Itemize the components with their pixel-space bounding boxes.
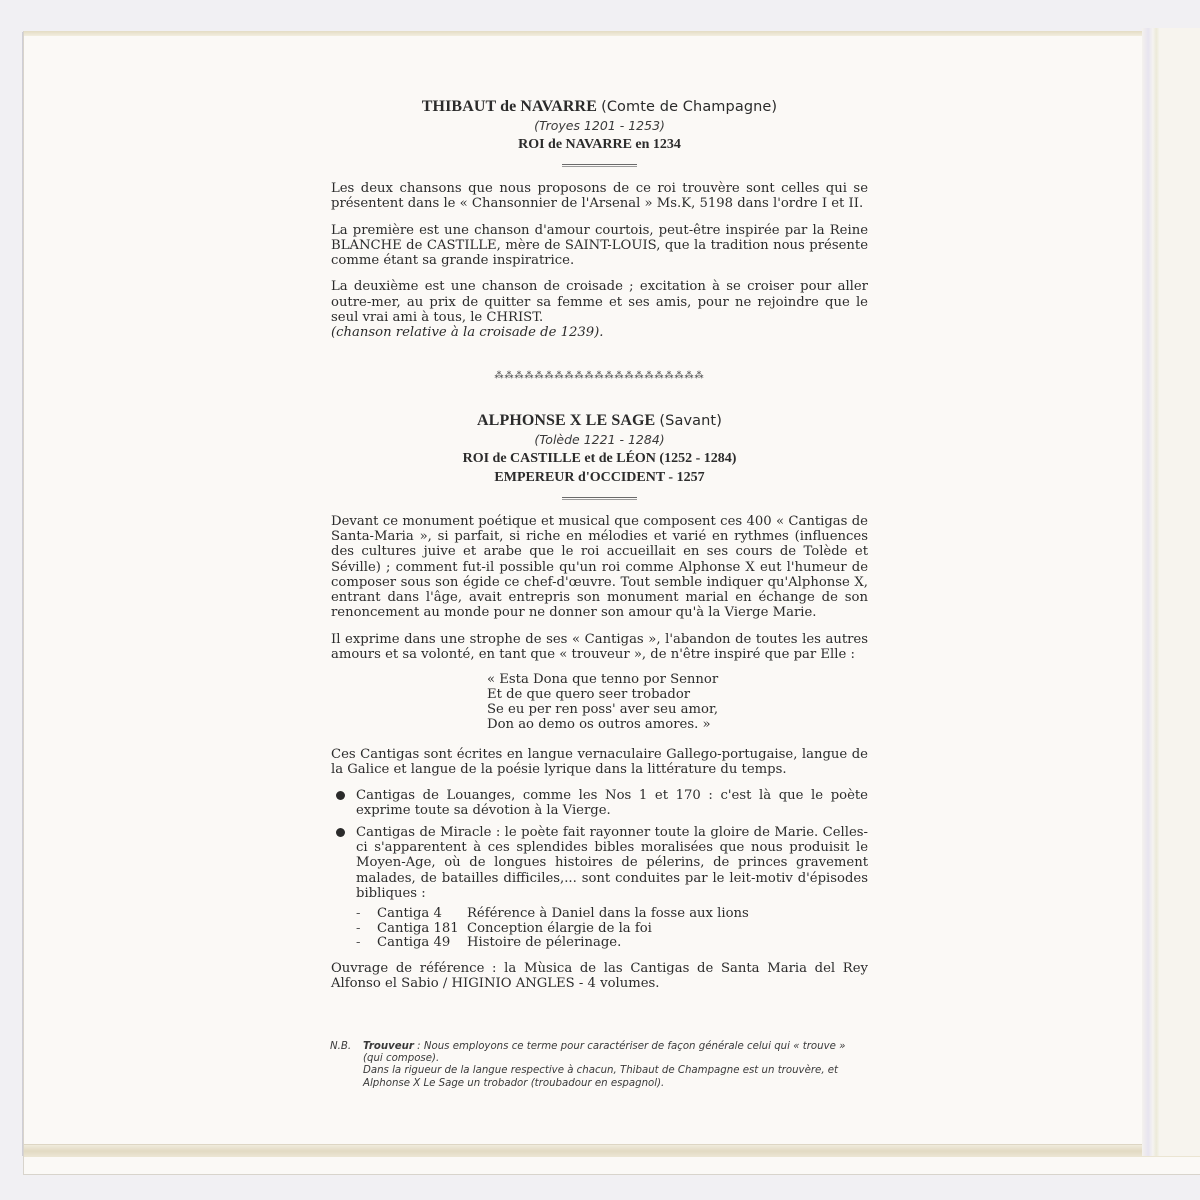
- bullet-text: Cantigas de Miracle : le poète fait rayo…: [356, 825, 868, 901]
- footnote-label: N.B.: [330, 1041, 351, 1053]
- section-title: ALPHONSE X LE SAGE (Savant): [331, 411, 868, 431]
- divider-rule: [562, 497, 637, 500]
- section-reign: ROI de CASTILLE et de LÉON (1252 - 1284): [331, 449, 868, 468]
- cantiga-number: Cantiga 49: [377, 936, 467, 951]
- paragraph: Devant ce monument poétique et musical q…: [331, 514, 868, 621]
- bullet-item: Cantigas de Miracle : le poète fait rayo…: [331, 825, 868, 901]
- cantiga-number: Cantiga 4: [377, 907, 467, 922]
- paragraph: Les deux chansons que nous proposons de …: [331, 181, 868, 212]
- sleeve-bottom-edge: [24, 1144, 1200, 1157]
- verse-line: « Esta Dona que tenno por Sennor: [487, 673, 868, 688]
- cantiga-description: Histoire de pélerinage.: [467, 936, 621, 951]
- footnote-line: Trouveur : Nous employons ce terme pour …: [363, 1041, 862, 1065]
- sleeve-top-edge: [24, 31, 1200, 36]
- ornament-divider: ⁂⁂⁂⁂⁂⁂⁂⁂⁂⁂⁂⁂⁂⁂⁂⁂⁂⁂⁂⁂⁂: [331, 371, 868, 381]
- cantiga-description: Conception élargie de la foi: [467, 922, 652, 937]
- footnote: N.B. Trouveur : Nous employons ce terme …: [337, 1041, 862, 1090]
- divider-rule: [562, 164, 637, 167]
- section-title: THIBAUT de NAVARRE (Comte de Champagne): [331, 97, 868, 117]
- section-reign: ROI de NAVARRE en 1234: [331, 135, 868, 154]
- bullet-dot-icon: [336, 828, 345, 837]
- verse-line: Se eu per ren poss' aver seu amor,: [487, 703, 868, 718]
- footnote-term: Trouveur: [363, 1041, 414, 1052]
- gatefold-spine: [1142, 28, 1160, 1156]
- section-alphonse: ALPHONSE X LE SAGE (Savant) (Tolède 1221…: [331, 411, 868, 992]
- right-panel-edge: [1160, 28, 1200, 1156]
- liner-notes: THIBAUT de NAVARRE (Comte de Champagne) …: [331, 97, 868, 1002]
- title-subtitle: (Savant): [659, 413, 722, 429]
- reference-row: - Cantiga 181 Conception élargie de la f…: [356, 922, 868, 937]
- reference-work: Ouvrage de référence : la Mùsica de las …: [331, 961, 868, 992]
- bullet-dot-icon: [336, 791, 345, 800]
- reference-row: - Cantiga 49 Histoire de pélerinage.: [356, 936, 868, 951]
- footnote-definition: : Nous employons ce terme pour caractéri…: [363, 1041, 845, 1064]
- dash-marker: -: [356, 936, 377, 951]
- italic-note: (chanson relative à la croisade de 1239)…: [331, 325, 868, 340]
- footnote-body: Trouveur : Nous employons ce terme pour …: [363, 1041, 862, 1090]
- verse-quote: « Esta Dona que tenno por Sennor Et de q…: [487, 673, 868, 732]
- section-reign: EMPEREUR d'OCCIDENT - 1257: [331, 468, 868, 487]
- reference-row: - Cantiga 4 Référence à Daniel dans la f…: [356, 907, 868, 922]
- verse-line: Et de que quero seer trobador: [487, 688, 868, 703]
- footnote-line: Dans la rigueur de la langue respective …: [363, 1065, 862, 1089]
- paragraph: Ces Cantigas sont écrites en langue vern…: [331, 747, 868, 778]
- bullet-text: Cantigas de Louanges, comme les Nos 1 et…: [356, 788, 868, 818]
- paragraph: La deuxième est une chanson de croisade …: [331, 279, 868, 325]
- paragraph: Il exprime dans une strophe de ses « Can…: [331, 632, 868, 663]
- title-name: ALPHONSE X LE SAGE: [477, 412, 655, 429]
- cantiga-description: Référence à Daniel dans la fosse aux lio…: [467, 907, 749, 922]
- cantiga-reference-list: - Cantiga 4 Référence à Daniel dans la f…: [356, 907, 868, 951]
- section-dates: (Troyes 1201 - 1253): [331, 117, 868, 135]
- bullet-list: Cantigas de Louanges, comme les Nos 1 et…: [331, 788, 868, 901]
- dash-marker: -: [356, 907, 377, 922]
- cantiga-number: Cantiga 181: [377, 922, 467, 937]
- paragraph: La première est une chanson d'amour cour…: [331, 223, 868, 269]
- section-thibaut: THIBAUT de NAVARRE (Comte de Champagne) …: [331, 97, 868, 341]
- title-subtitle: (Comte de Champagne): [601, 99, 777, 115]
- section-dates: (Tolède 1221 - 1284): [331, 431, 868, 449]
- title-name: THIBAUT de NAVARRE: [422, 98, 597, 115]
- dash-marker: -: [356, 922, 377, 937]
- verse-line: Don ao demo os outros amores. »: [487, 718, 868, 733]
- bullet-item: Cantigas de Louanges, comme les Nos 1 et…: [331, 788, 868, 819]
